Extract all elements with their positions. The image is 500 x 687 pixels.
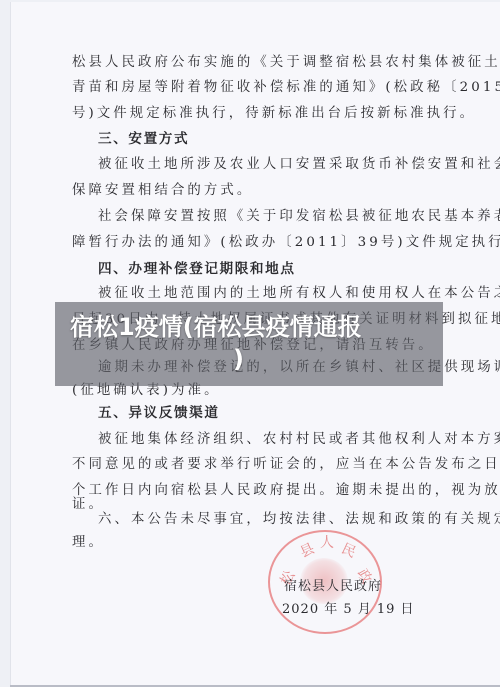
body-line: 证。 [72, 497, 105, 513]
seal-char: 民 [338, 538, 359, 562]
body-line: 社会保障安置按照《关于印发宿松县被征地农民基本养老保 [98, 209, 500, 225]
body-line: 障暂行办法的通知》(松政办〔2011〕39号)文件规定执行。 [72, 235, 500, 251]
body-line: 保障安置相结合的方式。 [72, 183, 253, 199]
overlay-title-continuation: ) [233, 343, 244, 375]
body-line: 不同意见的或者要求举行听证会的，应当在本公告发布之日起7 [72, 457, 500, 473]
overlay-title: 宿松1疫情(宿松县疫情通报 [70, 311, 430, 343]
body-line: 个工作日内向宿松县人民政府提出。逾期未提出的，视为放弃听 [72, 483, 500, 499]
body-line: 号)文件规定标准执行，待新标准出台后按新标准执行。 [72, 106, 476, 122]
section-heading-3: 三、安置方式 [98, 131, 189, 147]
body-line: 被征地集体经济组织、农村村民或者其他权利人对本方案有 [98, 432, 500, 448]
body-line: 被征收土地范围内的土地所有权人和使用权人在本公告之 [98, 286, 500, 302]
seal-char: 县 [296, 538, 317, 562]
body-line: 青苗和房屋等附着物征收补偿标准的通知》(松政秘〔2015〕101 [72, 80, 500, 96]
section-heading-5: 五、异议反馈渠道 [98, 405, 220, 421]
body-line: 六、本公告未尽事宜，均按法律、法规和政策的有关规定办 [98, 512, 500, 528]
section-heading-4: 四、办理补偿登记期限和地点 [98, 261, 296, 277]
signer-name: 宿松县人民政府 [284, 575, 382, 594]
body-line: 松县人民政府公布实施的《关于调整宿松县农村集体被征土地上 [72, 55, 500, 71]
seal-char: 人 [320, 532, 334, 552]
signature-date: 2020 年 5 月 19 日 [282, 598, 415, 617]
body-line: 理。 [72, 535, 105, 551]
body-line: 被征收土地所涉及农业人口安置采取货币补偿安置和社会 [98, 157, 500, 173]
